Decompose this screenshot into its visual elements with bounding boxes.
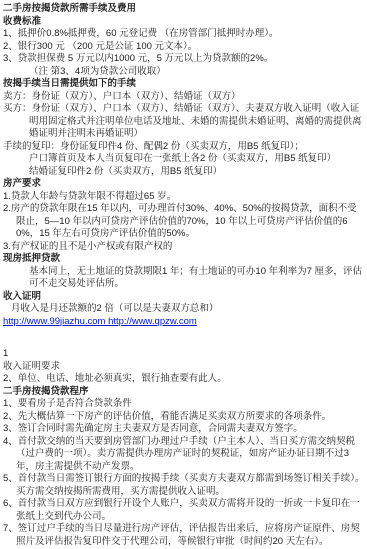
- text-line: （注 第3、4项为贷款公司收取）: [3, 66, 365, 79]
- text-line: 6、首付款当日双方应到银行开设个人账户，买卖双方需将开设的一折或一卡复印在一张纸…: [3, 498, 365, 523]
- text-line: 手续的复印：身份证复印件4 份、配偶2 份（买卖双方，用B5 纸复印）；: [3, 141, 365, 154]
- text-line: 2.房产的贷款年限在15 年以内，可办理首付30%、40%、50%的按揭贷款，面…: [3, 203, 365, 241]
- text-line: 月收入是月还款额的2 倍（可以是夫妻双方总和）: [3, 303, 365, 316]
- text-line: 2、单位、电话、地址必须真实，银行抽查要有此人。: [3, 373, 365, 386]
- text-line: 1.贷款人年龄与贷款年限不得超过65 岁。: [3, 191, 365, 204]
- hyperlink[interactable]: http://www.99jiazhu.com http://www.qpzw.…: [3, 316, 365, 329]
- section-heading: 收费标准: [3, 16, 365, 29]
- text-line: 结婚证复印件2 份（买卖双方，用B5 纸复印）: [3, 166, 365, 179]
- text-line: 7、签订过户手续的当日尽量进行房产评估，评估报告出来后，应将房产证原件、房契照片…: [3, 523, 365, 548]
- document-body: 二手房按揭贷款所需手续及费用收费标准1、抵押价0.8%抵押费，60 元登记费 （…: [0, 0, 367, 548]
- text-line: 基本同上，无土地证的贷款期限1 年；有土地证的可办10 年利率为7 厘多，评估可…: [3, 266, 365, 291]
- text-line: 2、先大概估算一下房产的评估价值，看能否满足买卖双方所要求的各项条件。: [3, 411, 365, 424]
- text-line: 1、抵押价0.8%抵押费，60 元登记费 （在房管部门抵押时办理）。: [3, 28, 365, 41]
- section-heading: 按揭手续当日需提供如下的手续: [3, 78, 365, 91]
- text-line: 4、首付款交纳的当天要到房管部门办理过户手续（户主本人）、当日买方需交纳契税（过…: [3, 436, 365, 474]
- text-line: 1、要看房子是否符合贷款条件: [3, 398, 365, 411]
- section-heading: 房产要求: [3, 178, 365, 191]
- section-heading: 现房抵押贷款: [3, 253, 365, 266]
- text-line: 1: [3, 348, 365, 361]
- text-line: 3、贷款担保费 5 万元以内1000 元，5 万元以上为贷款额的2%。: [3, 53, 365, 66]
- text-line: 3、签订合同时需先确定房主夫妻双方是否同意，合同需夫妻双方签字。: [3, 423, 365, 436]
- text-line: 卖方：身份证（双方）、户口本（双方）、结婚证（双方）: [3, 91, 365, 104]
- text-line: 2、银行300 元 （200 元是公证 100 元文本）。: [3, 41, 365, 54]
- text-line: 买方：身份证（双方）、户口本（双方）、结婚证（双方）、夫妻双方收入证明（收入证明…: [3, 103, 365, 141]
- section-heading: 二手房按揭贷款程序: [3, 386, 365, 399]
- section-heading: 收入证明: [3, 291, 365, 304]
- blank-line: [3, 328, 365, 348]
- text-line: 5、首付款当日需签订银行方面的按揭手续（买卖方夫妻双方都需到场签订相关手续）。买…: [3, 473, 365, 498]
- text-line: 户口簿首页及本人当页复印在一张纸上各2 份（买卖双方，用B5 纸复印）: [3, 153, 365, 166]
- text-line: 3.有产权证的且不是小产权或有限产权的: [3, 241, 365, 254]
- text-line: 收入证明要求: [3, 361, 365, 374]
- doc-title: 二手房按揭贷款所需手续及费用: [3, 3, 365, 16]
